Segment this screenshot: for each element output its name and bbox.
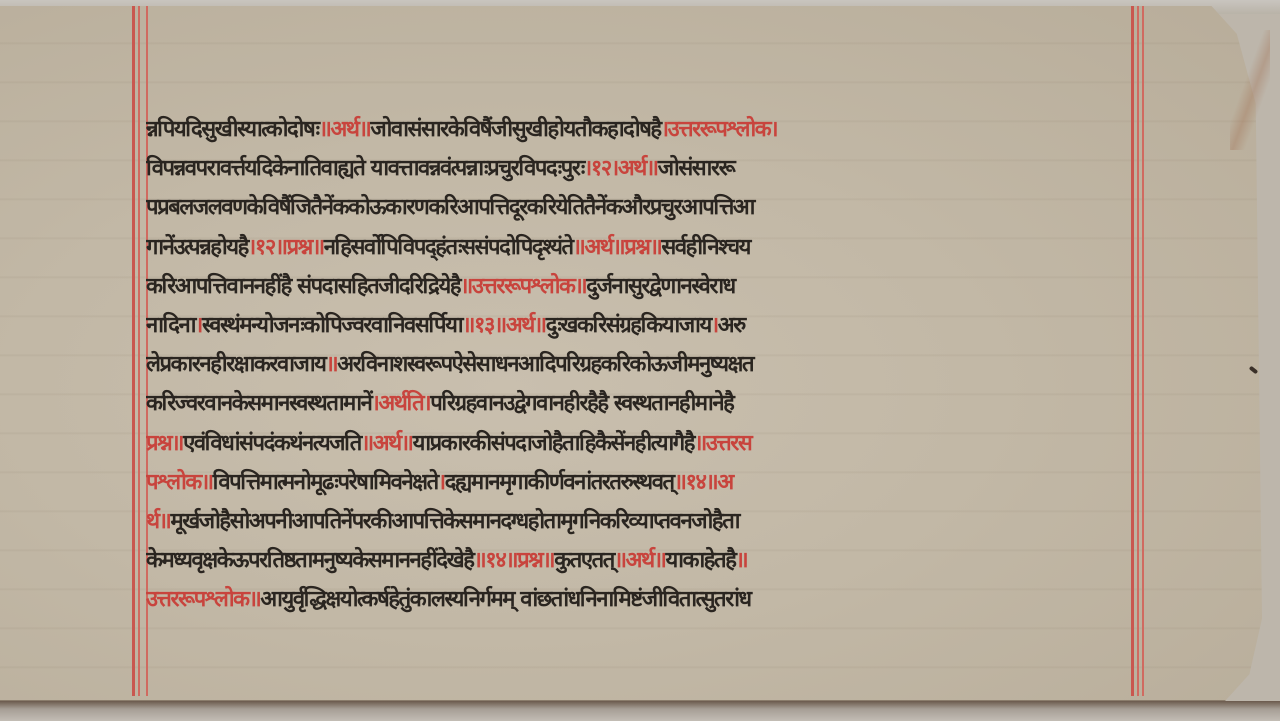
manuscript-text-block: न्नपियदिसुखीस्यात्कोदोषः॥अर्थ॥जोवासंसारक… bbox=[146, 110, 1136, 619]
manuscript-line: र्थ॥मूर्खजोहैसोअपनीआपतिनेंपरकीआपत्तिकेसम… bbox=[146, 502, 1136, 541]
backdrop-bottom bbox=[0, 701, 1280, 721]
body-text: जोवासंसारकेविषैंजीसुखीहोयतौकहादोषहै bbox=[370, 116, 660, 142]
body-text: अरविनाशस्वरूपऐसेसाधनआदिपरिग्रहकरिकोऊजीमन… bbox=[337, 351, 753, 377]
body-text: दुःखकरिसंग्रहकियाजाय bbox=[546, 312, 711, 338]
manuscript-line: केमध्यवृक्षकेऊपरतिष्ठतामनुष्यकेसमाननहींद… bbox=[146, 541, 1136, 580]
manuscript-line: विपन्नवपरावर्त्तयदिकेनातिवाह्यते यावत्ता… bbox=[146, 149, 1136, 188]
body-text: लेप्रकारनहीरक्षाकरवाजाय bbox=[146, 351, 326, 377]
body-text: करिआपत्तिवाननहींहै संपदासहितजीदरिद्रियेह… bbox=[146, 273, 460, 299]
rubric-text: ॥१३॥अर्थ॥ bbox=[462, 312, 545, 338]
rubric-text: ॥उत्तररूपश्लोक॥ bbox=[460, 273, 586, 299]
manuscript-line: पप्रबलजलवणकेविषैंजितैनेंककोऊकारणकरिआपत्त… bbox=[146, 188, 1136, 227]
body-text: नहिसर्वोपिविपद्हंतःससंपदोपिदृश्यंते bbox=[324, 234, 573, 260]
body-text: पप्रबलजलवणकेविषैंजितैनेंककोऊकारणकरिआपत्त… bbox=[146, 194, 754, 220]
body-text: केमध्यवृक्षकेऊपरतिष्ठतामनुष्यकेसमाननहींद… bbox=[146, 547, 474, 573]
body-text: जोसंसाररू bbox=[658, 155, 735, 181]
rubric-text: प्रश्न॥ bbox=[146, 430, 183, 456]
body-text: परिग्रहवानउद्वेगवानहीरहैहै स्वस्थतानहीमा… bbox=[430, 390, 733, 416]
body-text: गानेंउत्पन्नहोयहै bbox=[146, 234, 248, 260]
left-margin-rule-middle bbox=[138, 6, 140, 696]
body-text: विपन्नवपरावर्त्तयदिकेनातिवाह्यते यावत्ता… bbox=[146, 155, 584, 181]
body-text: सर्वहीनिश्चय bbox=[661, 234, 750, 260]
rubric-text: ।१२।अर्थ॥ bbox=[584, 155, 658, 181]
rubric-text: ॥ bbox=[735, 547, 747, 573]
rubric-text: । bbox=[438, 469, 445, 495]
rubric-text: ।अर्थति। bbox=[371, 390, 430, 416]
rubric-text: ।उत्तररूपश्लोक। bbox=[661, 116, 778, 142]
body-text: याप्रकारकीसंपदाजोहैताहिकैसेंनहीत्यागैहै bbox=[413, 430, 695, 456]
manuscript-line: उत्तररूपश्लोक॥आयुर्वृद्धिक्षयोत्कर्षहेतु… bbox=[146, 580, 1136, 619]
rubric-text: ॥अर्थ॥ bbox=[319, 116, 371, 142]
rubric-text: ॥अर्थ॥ bbox=[614, 547, 666, 573]
body-text: करिज्वरवानकेसमानस्वस्थतामानें bbox=[146, 390, 371, 416]
body-text: एवंविधांसंपदंकथंनत्यजति bbox=[183, 430, 361, 456]
manuscript-line: करिआपत्तिवाननहींहै संपदासहितजीदरिद्रियेह… bbox=[146, 267, 1136, 306]
rubric-text: ॥१४॥अ bbox=[674, 469, 733, 495]
manuscript-line: लेप्रकारनहीरक्षाकरवाजाय॥अरविनाशस्वरूपऐसे… bbox=[146, 345, 1136, 384]
rubric-text: । bbox=[711, 312, 718, 338]
rubric-text: उत्तररूपश्लोक॥ bbox=[146, 586, 260, 612]
body-text: कुतएतत् bbox=[554, 547, 614, 573]
rubric-text: ॥१४॥प्रश्न॥ bbox=[474, 547, 555, 573]
manuscript-line: न्नपियदिसुखीस्यात्कोदोषः॥अर्थ॥जोवासंसारक… bbox=[146, 110, 1136, 149]
right-margin-rule-inner bbox=[1142, 6, 1144, 696]
rubric-text: ॥उत्तरस bbox=[694, 430, 751, 456]
rubric-text: ॥अर्थ॥ bbox=[361, 430, 413, 456]
body-text: मूर्खजोहैसोअपनीआपतिनेंपरकीआपत्तिकेसमानदग… bbox=[170, 508, 739, 534]
body-text: अरु bbox=[718, 312, 745, 338]
manuscript-line: गानेंउत्पन्नहोयहै।१२॥प्रश्न॥नहिसर्वोपिवि… bbox=[146, 228, 1136, 267]
manuscript-line: नादिना।स्वस्थंमन्योजनःकोपिज्वरवानिवसर्पि… bbox=[146, 306, 1136, 345]
rubric-text: । bbox=[195, 312, 202, 338]
rubric-text: र्थ॥ bbox=[146, 508, 170, 534]
rubric-text: ॥ bbox=[326, 351, 338, 377]
body-text: न्नपियदिसुखीस्यात्कोदोषः bbox=[146, 116, 319, 142]
left-margin-rule-outer bbox=[132, 6, 135, 696]
rubric-text: पश्लोक॥ bbox=[146, 469, 213, 495]
rubric-text: ।१२॥प्रश्न॥ bbox=[248, 234, 324, 260]
manuscript-line: करिज्वरवानकेसमानस्वस्थतामानें।अर्थति।परि… bbox=[146, 384, 1136, 423]
manuscript-line: प्रश्न॥एवंविधांसंपदंकथंनत्यजति॥अर्थ॥याप्… bbox=[146, 424, 1136, 463]
body-text: स्वस्थंमन्योजनःकोपिज्वरवानिवसर्पिया bbox=[202, 312, 462, 338]
body-text: दह्यमानमृगाकीर्णवनांतरतरुस्थवत् bbox=[445, 469, 674, 495]
manuscript-line: पश्लोक॥विपत्तिमात्मनोमूढःपरेषामिवनेक्षते… bbox=[146, 463, 1136, 502]
rubric-text: ॥अर्थ॥प्रश्न॥ bbox=[573, 234, 662, 260]
folded-corner bbox=[1230, 30, 1270, 150]
body-text: नादिना bbox=[146, 312, 195, 338]
body-text: आयुर्वृद्धिक्षयोत्कर्षहेतुंकालस्यनिर्गमम… bbox=[260, 586, 750, 612]
right-margin-rule-middle bbox=[1137, 6, 1139, 696]
body-text: याकाहेतहै bbox=[666, 547, 736, 573]
body-text: विपत्तिमात्मनोमूढःपरेषामिवनेक्षते bbox=[213, 469, 438, 495]
body-text: दुर्जनासुरद्वेणानस्वेराध bbox=[586, 273, 734, 299]
